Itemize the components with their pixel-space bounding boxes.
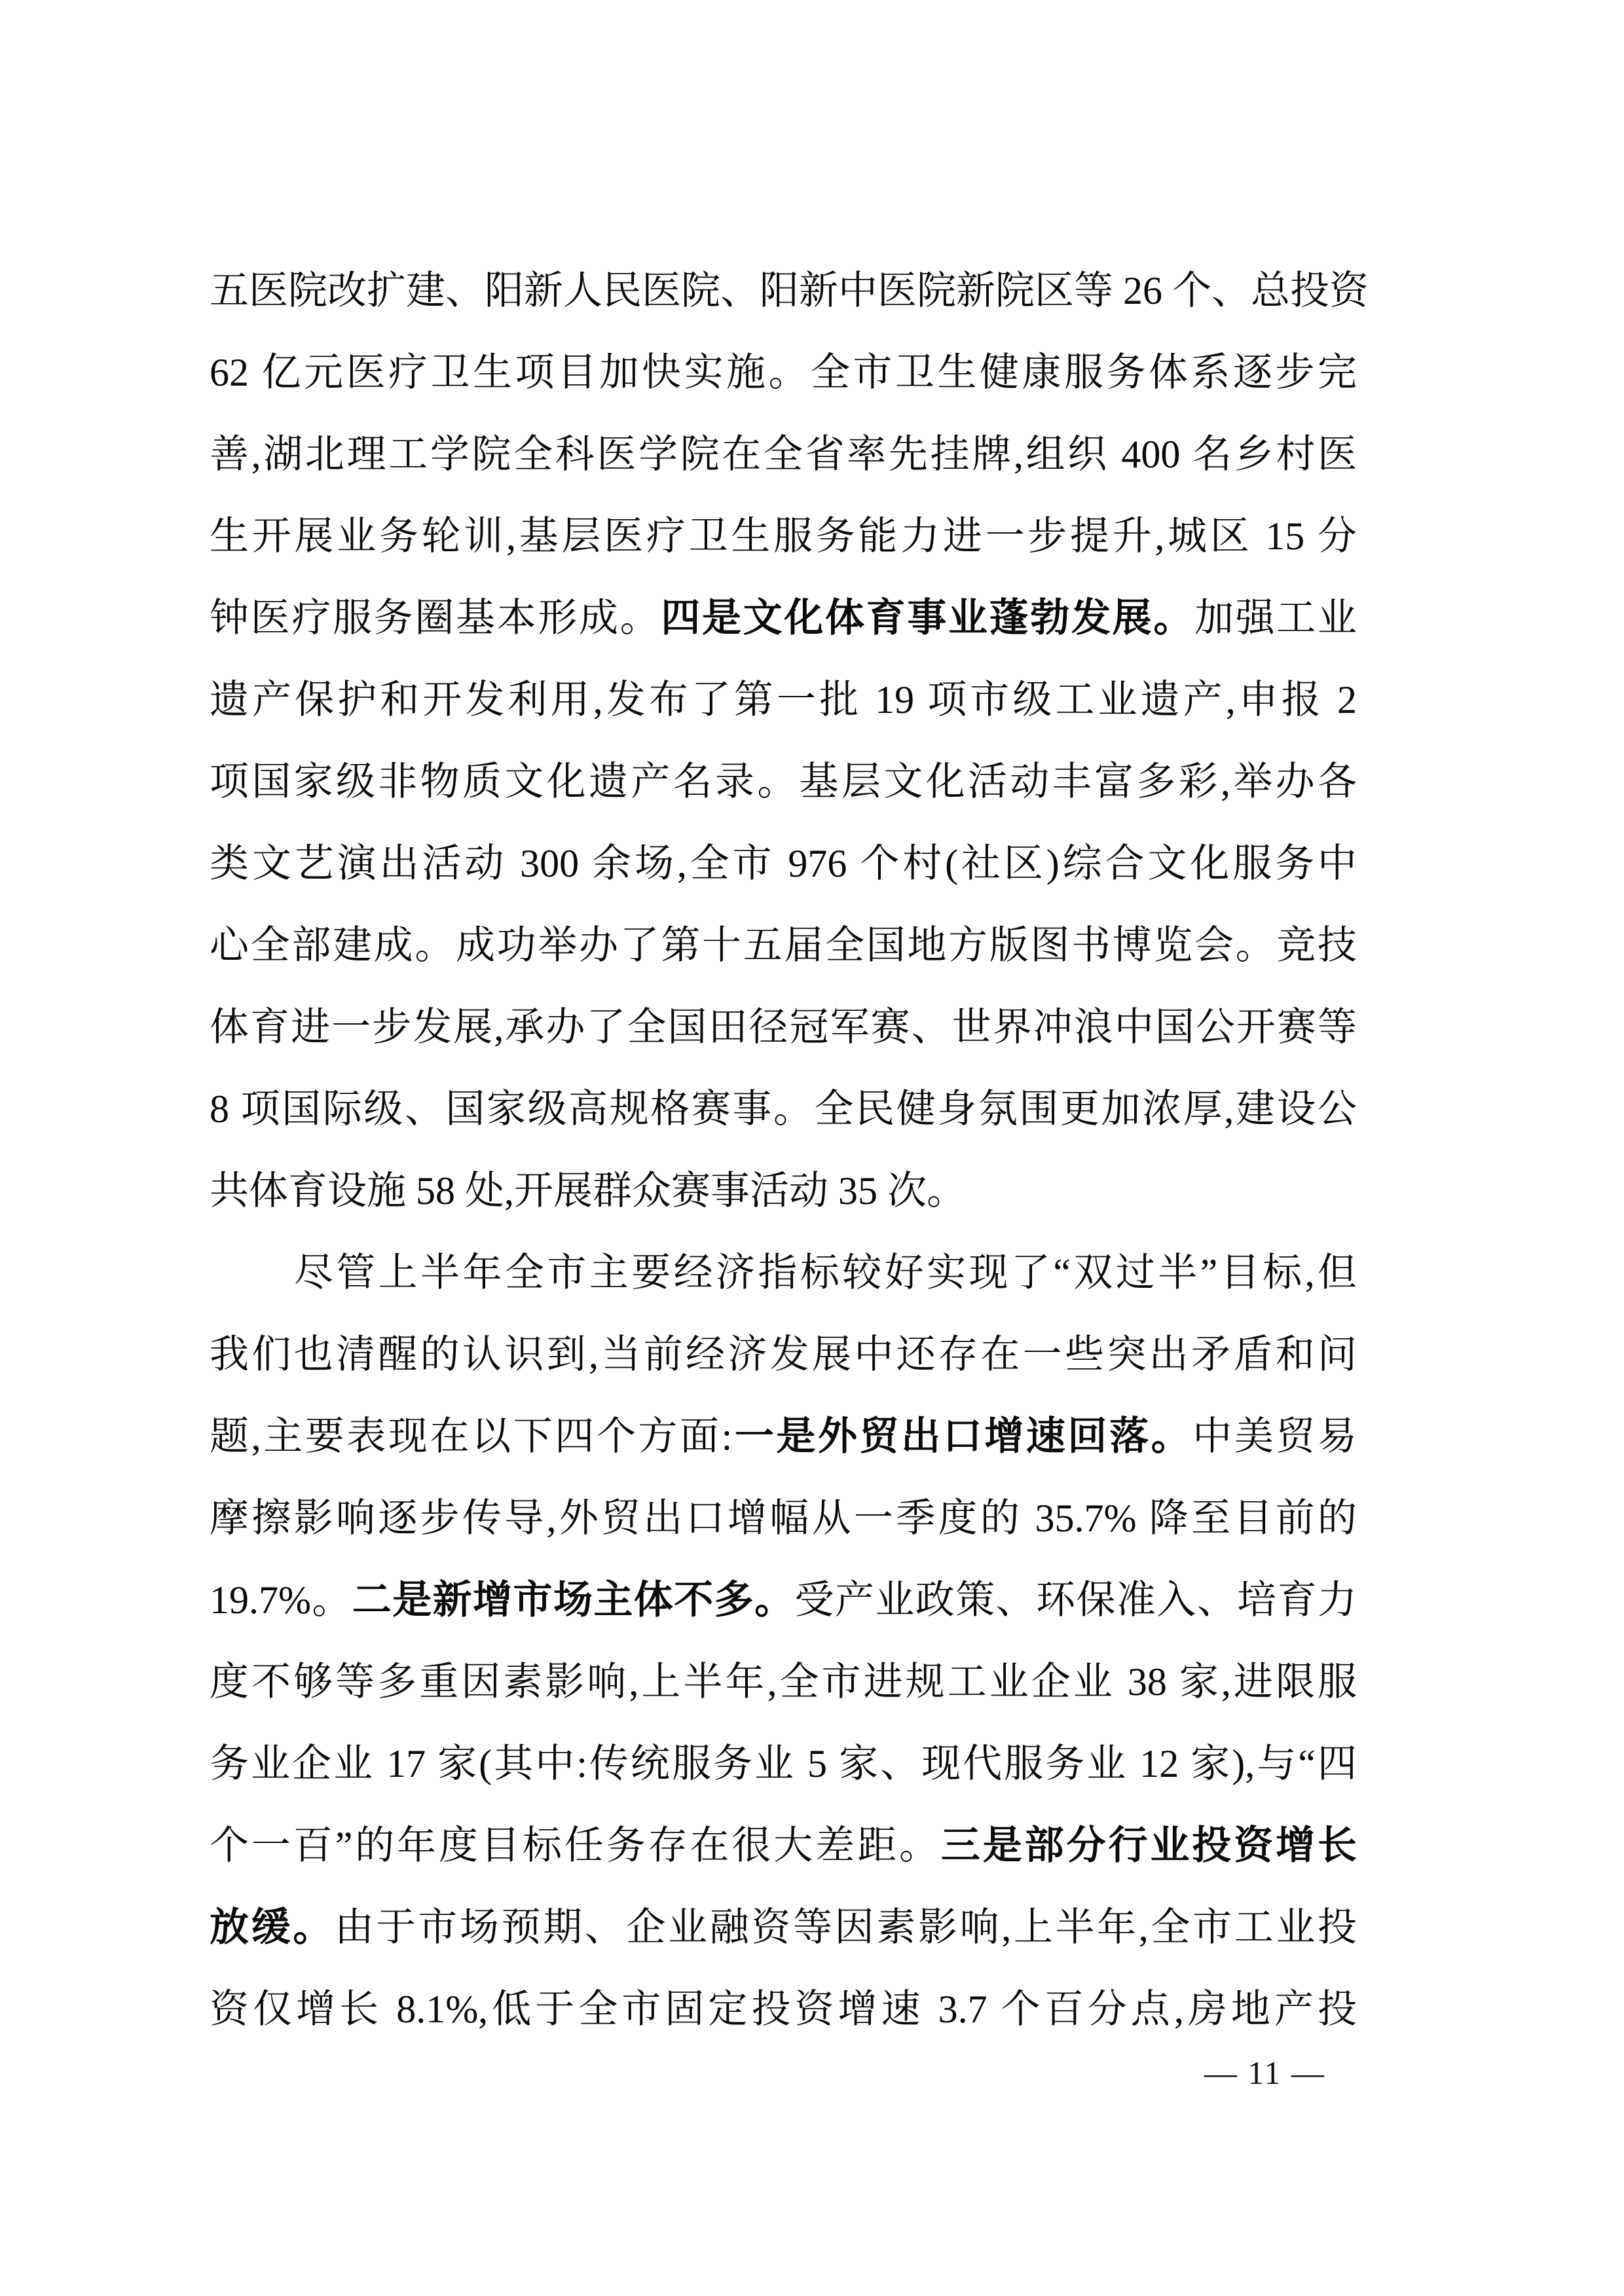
text-run: 资仅增长 8.1%,低于全市固定投资增速 3.7 个百分点,房地产投 [210,1988,1357,2031]
text-line: 资仅增长 8.1%,低于全市固定投资增速 3.7 个百分点,房地产投 [210,1969,1357,2050]
text-line: 8 项国际级、国家级高规格赛事。全民健身氛围更加浓厚,建设公 [210,1068,1357,1150]
text-run: 度不够等多重因素影响,上半年,全市进规工业企业 38 家,进限服 [210,1660,1357,1704]
text-run: 体育进一步发展,承办了全国田径冠军赛、世界冲浪中国公开赛等 [210,1006,1357,1049]
text-run: 善,湖北理工学院全科医学院在全省率先挂牌,组织 400 名乡村医 [210,433,1357,476]
text-run: 类文艺演出活动 300 余场,全市 976 个村(社区)综合文化服务中 [210,842,1357,885]
text-run: 个一百”的年度目标任务存在很大差距。 [210,1824,941,1867]
text-line: 放缓。由于市场预期、企业融资等因素影响,上半年,全市工业投 [210,1887,1357,1969]
page-number: — 11 — [1204,2053,1325,2092]
text-run: 生开展业务轮训,基层医疗卫生服务能力进一步提升,城区 15 分 [210,515,1357,558]
text-run: 项国家级非物质文化遗产名录。基层文化活动丰富多彩,举办各 [210,760,1357,803]
text-line: 类文艺演出活动 300 余场,全市 976 个村(社区)综合文化服务中 [210,823,1357,905]
text-line: 项国家级非物质文化遗产名录。基层文化活动丰富多彩,举办各 [210,741,1357,823]
emphasis-bold: 一是外贸出口增速回落。 [732,1415,1192,1458]
text-run: 受产业政策、环保准入、培育力 [795,1578,1357,1622]
text-line: 度不够等多重因素影响,上半年,全市进规工业企业 38 家,进限服 [210,1641,1357,1723]
text-line: 共体育设施 58 处,开展群众赛事活动 35 次。 [210,1150,1357,1232]
text-run: 加强工业 [1194,596,1357,640]
text-run: 中美贸易 [1192,1415,1357,1458]
text-run: 共体育设施 58 处,开展群众赛事活动 35 次。 [210,1169,966,1212]
text-line: 62 亿元医疗卫生项目加快实施。全市卫生健康服务体系逐步完 [210,332,1357,414]
text-line: 我们也清醒的认识到,当前经济发展中还存在一些突出矛盾和问 [210,1314,1357,1396]
emphasis-bold: 三是部分行业投资增长 [941,1824,1357,1867]
text-run: 摩擦影响逐步传导,外贸出口增幅从一季度的 35.7% 降至目前的 [210,1497,1357,1540]
emphasis-bold: 放缓。 [210,1906,335,1949]
text-run: 62 亿元医疗卫生项目加快实施。全市卫生健康服务体系逐步完 [210,351,1357,394]
text-run: 19.7%。 [210,1578,352,1622]
text-line: 个一百”的年度目标任务存在很大差距。三是部分行业投资增长 [210,1805,1357,1887]
text-run: 五医院改扩建、阳新人民医院、阳新中医院新院区等 26 个、总投资 [210,269,1369,312]
text-line: 摩擦影响逐步传导,外贸出口增幅从一季度的 35.7% 降至目前的 [210,1478,1357,1559]
text-line: 五医院改扩建、阳新人民医院、阳新中医院新院区等 26 个、总投资 [210,250,1357,332]
text-line: 体育进一步发展,承办了全国田径冠军赛、世界冲浪中国公开赛等 [210,987,1357,1068]
text-run: 题,主要表现在以下四个方面: [210,1415,732,1458]
text-run: 由于市场预期、企业融资等因素影响,上半年,全市工业投 [335,1906,1357,1949]
emphasis-bold: 四是文化体育事业蓬勃发展。 [661,596,1194,640]
text-run: 遗产保护和开发利用,发布了第一批 19 项市级工业遗产,申报 2 [210,678,1357,721]
text-line: 心全部建成。成功举办了第十五届全国地方版图书博览会。竞技 [210,905,1357,987]
text-line: 尽管上半年全市主要经济指标较好实现了“双过半”目标,但 [210,1232,1357,1314]
text-run: 8 项国际级、国家级高规格赛事。全民健身氛围更加浓厚,建设公 [210,1087,1357,1131]
text-line: 19.7%。二是新增市场主体不多。受产业政策、环保准入、培育力 [210,1559,1357,1641]
text-run: 务业企业 17 家(其中:传统服务业 5 家、现代服务业 12 家),与“四 [210,1742,1357,1785]
text-line: 善,湖北理工学院全科医学院在全省率先挂牌,组织 400 名乡村医 [210,414,1357,496]
text-line: 遗产保护和开发利用,发布了第一批 19 项市级工业遗产,申报 2 [210,659,1357,741]
text-line: 钟医疗服务圈基本形成。四是文化体育事业蓬勃发展。加强工业 [210,577,1357,659]
text-run: 尽管上半年全市主要经济指标较好实现了“双过半”目标,但 [210,1251,1357,1294]
text-line: 题,主要表现在以下四个方面:一是外贸出口增速回落。中美贸易 [210,1396,1357,1478]
document-page: { "page": { "number_label": "— 11 —" }, … [0,0,1624,2296]
text-line: 务业企业 17 家(其中:传统服务业 5 家、现代服务业 12 家),与“四 [210,1723,1357,1805]
text-run: 我们也清醒的认识到,当前经济发展中还存在一些突出矛盾和问 [210,1333,1357,1376]
text-line: 生开展业务轮训,基层医疗卫生服务能力进一步提升,城区 15 分 [210,496,1357,577]
text-run: 心全部建成。成功举办了第十五届全国地方版图书博览会。竞技 [210,924,1357,967]
text-run: 钟医疗服务圈基本形成。 [210,596,661,640]
emphasis-bold: 二是新增市场主体不多。 [352,1578,795,1622]
document-body: 五医院改扩建、阳新人民医院、阳新中医院新院区等 26 个、总投资62 亿元医疗卫… [210,250,1357,2050]
